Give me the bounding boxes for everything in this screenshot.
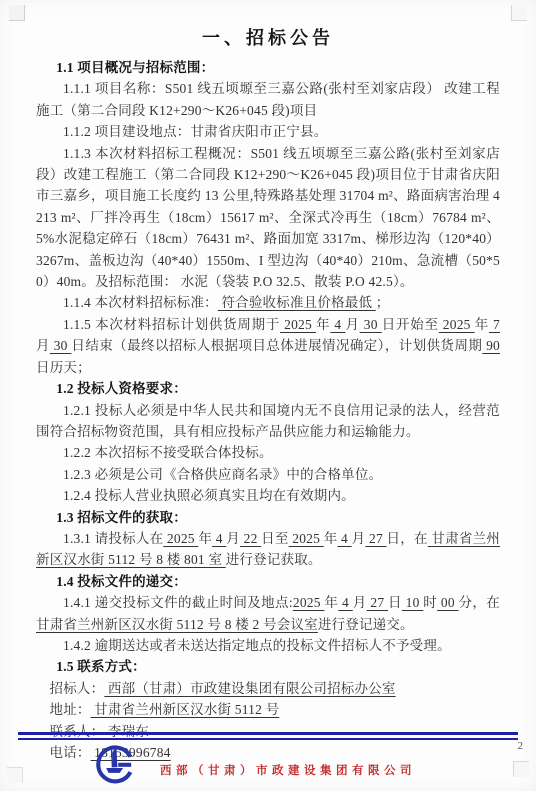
section-heading: 1.1 项目概况与招标范围： [36,57,500,78]
paragraph: 1.2.3 必须是公司《合格供应商名录》中的合格单位。 [36,464,500,485]
paragraph: 1.2.2 本次招标不接受联合体投标。 [36,442,500,463]
paragraph: 地址： 甘肃省兰州新区汉水街 5112 号 [36,699,500,720]
scanned-document-page: { "page": { "title": "一、招标公告", "page_num… [0,0,536,791]
section-heading: 1.5 联系方式： [36,656,500,677]
scan-corner-artifact-top-left [9,5,25,21]
document-body: 1.1 项目概况与招标范围：1.1.1 项目名称：S501 线五顷塬至三嘉公路(… [36,57,500,763]
page-number: 2 [518,740,524,752]
paragraph: 1.4.1 递交投标文件的截止时间及地点:2025 年 4 月 27 日 10 … [36,592,500,635]
document-page: 一、招标公告 1.1 项目概况与招标范围：1.1.1 项目名称：S501 线五顷… [0,0,536,763]
footer-double-rule [18,732,518,740]
paragraph: 1.1.5 本次材料招标计划供货周期于 2025 年 4 月 30 日开始至 2… [36,314,500,378]
section-heading: 1.4 投标文件的递交： [36,571,500,592]
paragraph: 1.2.1 投标人必须是中华人民共和国境内无不良信用记录的法人，经营范围符合招标… [36,400,500,443]
paragraph: 1.3.1 请投标人在 2025 年 4 月 22 日至 2025 年 4 月 … [36,528,500,571]
company-logo-icon [94,743,136,790]
footer-company-name: 西部（甘肃）市政建设集团有限公司 [160,762,416,778]
scan-corner-artifact-top-right [511,5,527,21]
page-title: 一、招标公告 [36,24,500,50]
paragraph: 1.1.4 本次材料招标标准： 符合验收标准且价格最低 ； [36,292,500,313]
paragraph: 1.1.3 本次材料招标工程概况：S501 线五顷塬至三嘉公路(张村至刘家店段）… [36,143,500,293]
paragraph: 1.1.1 项目名称：S501 线五顷塬至三嘉公路(张村至刘家店段） 改建工程施… [36,78,500,121]
section-heading: 1.3 招标文件的获取： [36,507,500,528]
paragraph: 1.1.2 项目建设地点：甘肃省庆阳市正宁县。 [36,121,500,142]
paragraph: 1.2.4 投标人营业执照必须真实且均在有效期内。 [36,485,500,506]
paragraph: 招标人： 西部（甘肃）市政建设集团有限公司招标办公室 [36,678,500,699]
paragraph: 1.4.2 逾期送达或者未送达指定地点的投标文件招标人不予受理。 [36,635,500,656]
scan-corner-artifact-bottom-right [513,761,529,777]
section-heading: 1.2 投标人资格要求： [36,378,500,399]
scan-corner-artifact-bottom-left [7,767,23,783]
